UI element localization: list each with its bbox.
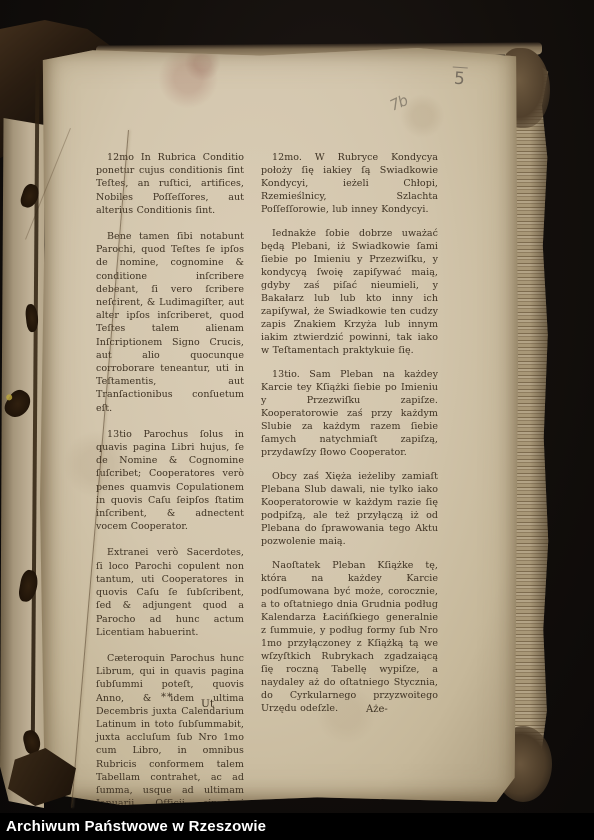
latin-paragraph: 12mo In Rubrica Conditio ponetur cujus c… bbox=[96, 151, 244, 217]
latin-paragraph: Cæteroquin Parochus hunc Librum, qui in … bbox=[96, 652, 244, 824]
polish-paragraph: 13tio. Sam Pleban na każdey Karcie tey K… bbox=[261, 368, 438, 459]
polish-paragraph: 12mo. W Rubryce Kondycya położy ſię iaki… bbox=[261, 151, 438, 216]
handwritten-page-number: 5 bbox=[451, 67, 467, 90]
catchword-latin: Ut bbox=[201, 698, 214, 710]
catchword-polish: Aże- bbox=[366, 704, 388, 715]
archive-watermark-bar: Archiwum Państwowe w Rzeszowie bbox=[0, 813, 594, 840]
latin-paragraph: 13tio Parochus ſolus in quavis pagina Li… bbox=[96, 428, 244, 534]
book-page: 12mo In Rubrica Conditio ponetur cujus c… bbox=[40, 48, 518, 805]
polish-paragraph: Naoſtatek Pleban Kſiążke tę, która na ka… bbox=[261, 559, 438, 715]
latin-paragraph: Extranei verò Sacerdotes, ſi loco Paroch… bbox=[96, 546, 244, 638]
footnote-mark: ** bbox=[161, 692, 173, 703]
printed-text-block: 12mo In Rubrica Conditio ponetur cujus c… bbox=[96, 151, 438, 837]
polish-paragraph: Obcy zaś Xięża ieżeliby zamiaſt Plebana … bbox=[261, 470, 438, 548]
scanned-book-photo: 12mo In Rubrica Conditio ponetur cujus c… bbox=[0, 0, 594, 840]
polish-paragraph: Iednakże ſobie dobrze uważać będą Pleban… bbox=[261, 227, 438, 357]
archive-name-label: Archiwum Państwowe w Rzeszowie bbox=[0, 818, 266, 835]
polish-column: 12mo. W Rubryce Kondycya położy ſię iaki… bbox=[261, 151, 438, 837]
